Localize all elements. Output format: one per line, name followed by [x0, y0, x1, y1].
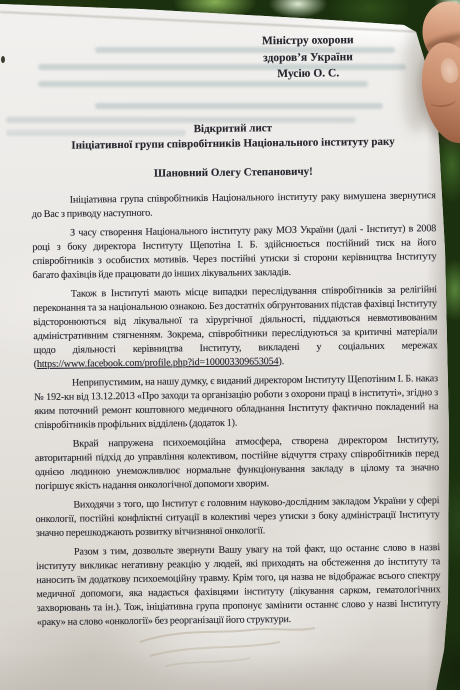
paragraph: Неприпустимим, на нашу думку, є виданий … — [34, 372, 439, 433]
bleedthrough-line — [95, 47, 395, 53]
bleedthrough-line — [38, 64, 406, 70]
recipient-block: Міністру охорони здоров’я України Мусію … — [242, 32, 375, 83]
paper-fold-crease — [0, 11, 460, 35]
recipient-line: здоров’я України — [242, 48, 374, 66]
paragraph: Також в Інституті мають місце випадки пе… — [33, 283, 438, 372]
bleedthrough-line — [38, 81, 368, 87]
paragraph: З часу створення Національного інституту… — [32, 222, 437, 283]
paragraph-text: ). — [278, 356, 284, 367]
letter-body: Ініціативна група співробітників Націона… — [32, 189, 441, 630]
bleedthrough-line — [6, 117, 356, 123]
bleedthrough-line — [6, 130, 186, 136]
letter-title-line: Ініціативної групи співробітників Націон… — [31, 134, 435, 154]
paragraph: Разом з тим, дозвольте звернути Вашу ува… — [36, 541, 441, 630]
paragraph: Вкрай напружена психоемоційна атмосфера,… — [35, 433, 440, 494]
paragraph: Ініціативна група співробітників Націона… — [32, 189, 436, 222]
photo-of-letter: Міністру охорони здоров’я України Мусію … — [0, 0, 460, 690]
facebook-profile-url: https://www.facebook.com/profile.php?id=… — [37, 356, 279, 370]
recipient-line: Мусію О. С. — [242, 65, 374, 83]
bleedthrough-line — [95, 103, 383, 109]
paragraph: Виходячи з того, що Інститут є головним … — [35, 494, 439, 541]
paragraph-text: Також в Інституті мають місце випадки пе… — [33, 284, 438, 370]
letter-paper: Міністру охорони здоров’я України Мусію … — [0, 0, 460, 690]
recipient-line: Міністру охорони — [242, 32, 374, 50]
salutation: Шановний Олегу Степановичу! — [31, 164, 435, 181]
pencil-marks — [110, 622, 330, 672]
letter-title-line: Відкритий лист — [31, 119, 435, 139]
letter-content: Міністру охорони здоров’я України Мусію … — [0, 0, 460, 635]
letter-title: Відкритий лист Ініціативної групи співро… — [31, 119, 435, 155]
paper-speck — [1, 56, 5, 63]
